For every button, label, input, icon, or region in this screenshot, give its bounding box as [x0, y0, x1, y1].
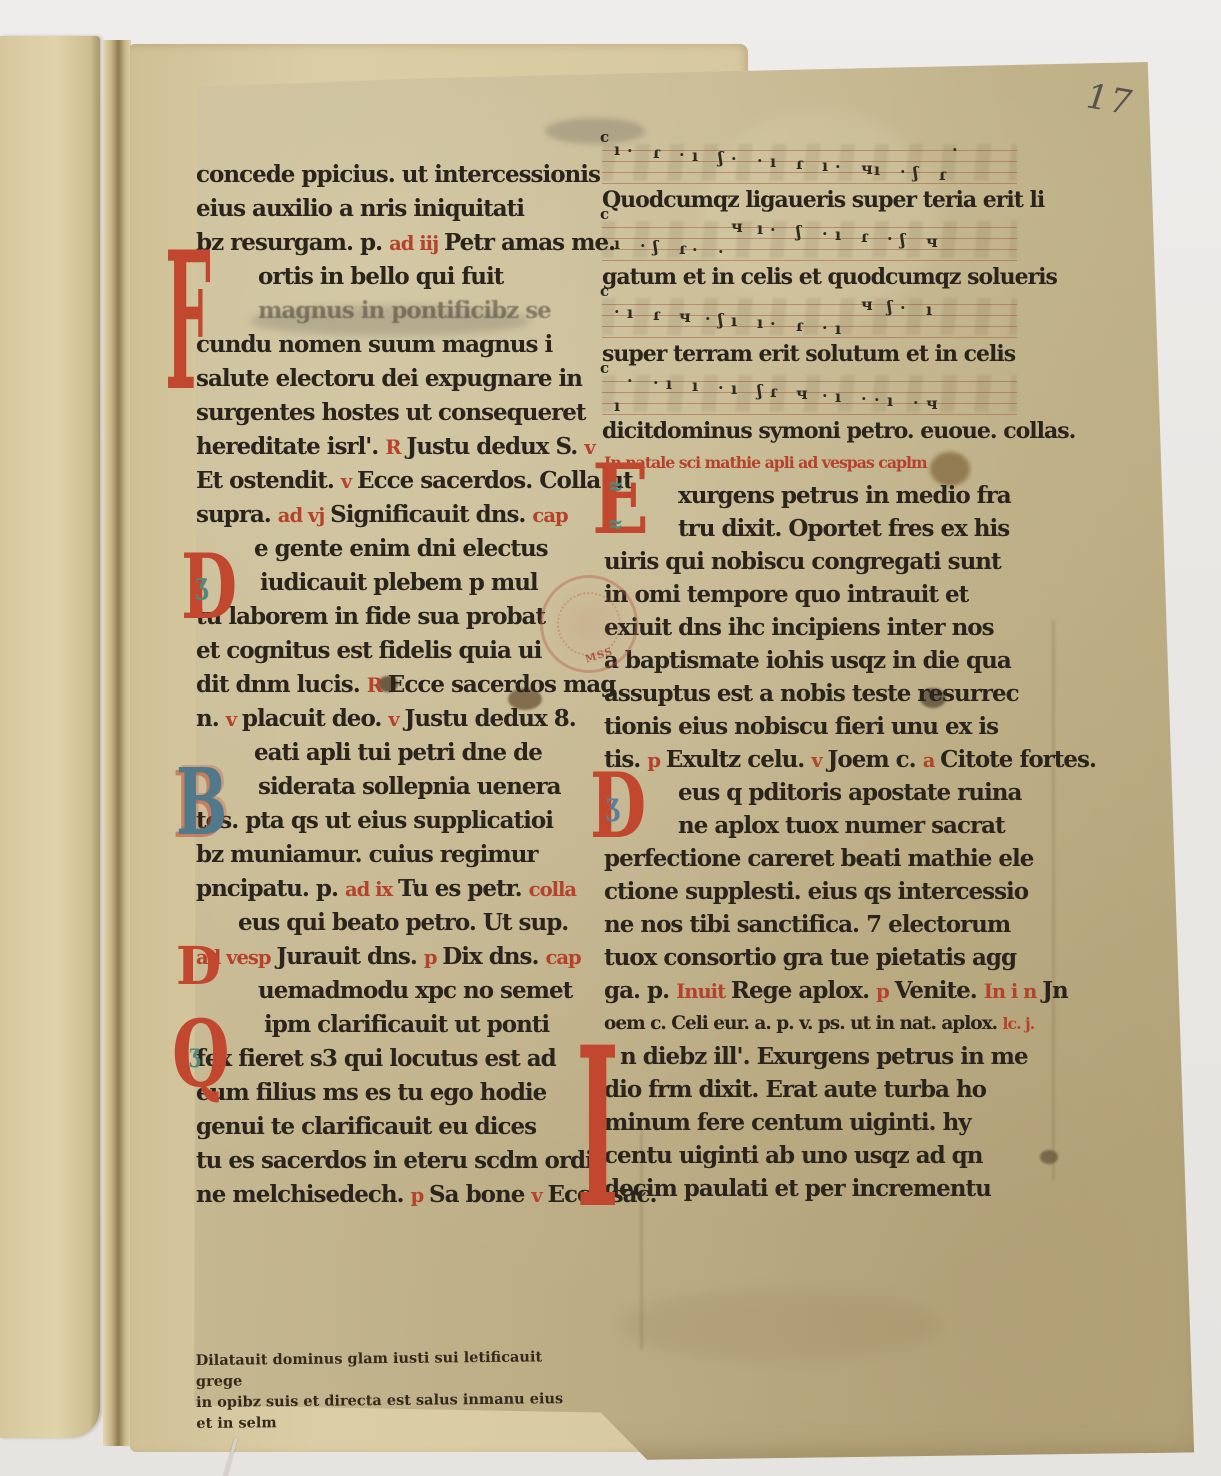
music-notation-block: cı· ɾ ·ı ʃ· ·ı ɾ ı· чı ·ʃ ɾ·Quodcumqz li… [602, 140, 1017, 448]
text-line: eati apli tui petri dne de [196, 736, 568, 770]
left-text-column: concede ppicius. ut intercessioniseius a… [196, 158, 568, 1212]
music-staff: cı· ·ı ı ·ı ʃɾ ч ·ı ··ı ·ч [602, 371, 1017, 416]
c-clef: c [600, 359, 609, 377]
neume-glyph: ʃ [796, 209, 809, 254]
neume-glyph: ı [822, 143, 835, 188]
ink-text: decim paulati et per incrementu [604, 1175, 991, 1202]
text-line: tu es sacerdos in eteru scdm ordi [196, 1144, 568, 1178]
neume-glyph: · [822, 373, 835, 418]
ink-text: tu laborem in fide sua probat [196, 603, 545, 630]
music-staff: cı· ɾ ·ı ʃ· ·ı ɾ ı· чı ·ʃ ɾ· [602, 140, 1017, 185]
text-line: eius auxilio a nris iniquitati [196, 192, 568, 226]
neume-glyph: · [874, 377, 887, 422]
text-line: Et ostendit. v Ecce sacerdos. Colla ut [196, 464, 568, 498]
initial-flourish: ʒ [195, 573, 207, 597]
illuminated-initial-I: I [576, 1040, 619, 1216]
neume-glyph: ı [731, 298, 744, 343]
neume-glyph: ʃ [718, 297, 731, 342]
neume-glyph: · [822, 305, 835, 350]
text-line: uemadmodu xpc no semet [196, 974, 568, 1008]
ink-text: tu es sacerdos in eteru scdm ordi [196, 1147, 593, 1174]
text-line: in omi tempore quo intrauit et [604, 578, 1014, 611]
ink-text: dicitdominus symoni petro. euoue. collas… [602, 418, 1075, 444]
ink-text: Dix dns. [442, 943, 545, 970]
text-line: dio frm dixit. Erat aute turba ho [604, 1073, 1014, 1106]
neume-glyph: ı [666, 361, 679, 406]
neume-glyph: ʃ [653, 224, 666, 269]
neume-glyph: ı [835, 212, 848, 257]
illuminated-initial-E: E ≈ ≈ [592, 462, 649, 539]
music-staff: c·ı ɾ ч ·ʃı ı· ɾ ·ı ч ʃ· ı [602, 294, 1017, 339]
rubric-text: v [388, 708, 404, 731]
ink-text: tionis eius nobiscu fieri unu ex is [604, 713, 998, 740]
initial-letter: Q [172, 1000, 230, 1108]
neume-glyph: ч [926, 381, 939, 426]
neume-glyph: ч [731, 204, 744, 249]
neume-glyph: · [718, 229, 731, 274]
ink-text: magnus in pontificibz se [258, 297, 551, 324]
ink-text: Citote fortes. [940, 746, 1096, 773]
ink-text: et cognitus est fidelis quia ui [196, 637, 541, 664]
text-line: tis. p Exultz celu. v Joem c. a Citote f… [604, 743, 1014, 776]
text-line: tuox consortio gra tue pietatis agg [604, 941, 1014, 974]
neume-glyph: · [614, 289, 627, 334]
parchment-crease [1052, 620, 1055, 1180]
text-line: tionis eius nobiscu fieri unu ex is [604, 710, 1014, 743]
ink-text: perfectione careret beati mathie ele [604, 845, 1033, 872]
text-line: n. v placuit deo. v Justu dedux 8. [196, 702, 568, 736]
ink-text: Quodcumqz ligaueris super teria erit li [602, 187, 1044, 213]
neume-glyph: ı [887, 378, 900, 423]
ink-text: ne melchisedech. [196, 1181, 411, 1208]
neume-glyph: · [861, 376, 874, 421]
ink-text: concede ppicius. ut intercessionis [196, 161, 600, 188]
ink-text: Et ostendit. [196, 467, 341, 494]
ink-text: genui te clarificauit eu dices [196, 1113, 536, 1140]
right-text-column: In natale sci mathie apli ad vespas capl… [604, 446, 1014, 1205]
neume-glyph: ı [757, 300, 770, 345]
neume-glyph: ɾ [796, 303, 809, 348]
ink-text: Exultz celu. [666, 746, 812, 773]
neume-glyph: ı [614, 383, 627, 428]
illuminated-initial-D: D ʒ [590, 770, 646, 842]
neume-glyph: ı [731, 366, 744, 411]
initial-flourish: ʒ [606, 792, 619, 818]
ink-text: Rege aplox. [731, 977, 876, 1004]
ink-text: siderata sollepnia uenera [258, 773, 561, 800]
initial-flourish: ʒ [189, 1044, 200, 1065]
ink-text: pncipatu. p. [196, 875, 345, 902]
ink-text: tru dixit. Oportet fres ex his [678, 515, 1009, 542]
ink-text: Jn [1042, 977, 1068, 1004]
neume-glyph: · [718, 365, 731, 410]
neume-glyph: · [835, 144, 848, 189]
neume-glyph: ч [861, 282, 874, 327]
rubric-text: p [876, 980, 894, 1003]
ink-text: uemadmodu xpc no semet [258, 977, 572, 1004]
text-line: exiuit dns ihc incipiens inter nos [604, 611, 1014, 644]
text-line: assuptus est a nobis teste resurrec [604, 677, 1014, 710]
neume-glyph: ı [835, 374, 848, 419]
initial-letter: D [181, 534, 237, 640]
neume-glyph: · [952, 127, 965, 172]
neume-glyph: ч [796, 371, 809, 416]
rubric-text: p [647, 749, 665, 772]
rubric-text: p [424, 946, 442, 969]
neume-glyph: ı [770, 139, 783, 184]
text-line: eus q pditoris apostate ruina [604, 776, 1014, 809]
illuminated-initial-D: D ʒ [181, 551, 237, 623]
c-clef: c [600, 128, 609, 146]
illuminated-initial-Q: Q ʒ [172, 1018, 230, 1092]
neume-glyph: · [913, 380, 926, 425]
ink-text: ctione supplesti. eius qs intercessio [604, 878, 1028, 905]
ink-text: Venite. [895, 977, 984, 1004]
ink-text: hereditate isrl'. [196, 433, 385, 460]
neume-glyph: · [770, 207, 783, 252]
text-line: iudicauit plebem p mul [196, 566, 568, 600]
ink-text: tes. pta qs ut eius supplicatioi [196, 807, 553, 834]
neume-glyph: ʃ [900, 217, 913, 262]
ink-text: Sa bone [429, 1181, 531, 1208]
text-line: eus qui beato petro. Ut sup. [196, 906, 568, 940]
stain [620, 1290, 940, 1360]
ink-text: surgentes hostes ut consequeret [196, 399, 585, 426]
ink-text: gatum et in celis et quodcumqz solueris [602, 264, 1057, 290]
rubric-text: R [367, 674, 388, 697]
ink-text: ne aplox tuox numer sacrat [678, 812, 1005, 839]
text-line: fex fieret s3 qui locutus est ad [196, 1042, 568, 1076]
text-line: ortis in bello qui fuit [196, 260, 568, 294]
text-line: centu uiginti ab uno usqz ad qn [604, 1139, 1014, 1172]
initial-flourish: ≈ [608, 476, 624, 495]
ink-text: ortis in bello qui fuit [258, 263, 503, 290]
ink-text: minum fere centum uiginti. hy [604, 1109, 971, 1136]
rubric-text: Inuit [676, 980, 731, 1003]
neume-glyph: · [887, 216, 900, 261]
ink-text: Justu dedux 8. [405, 705, 576, 732]
text-line: ne aplox tuox numer sacrat [604, 809, 1014, 842]
neume-glyph: · [679, 132, 692, 177]
c-clef: c [600, 205, 609, 223]
margin-note-line: in opibz suis et directa est salus inman… [196, 1388, 581, 1434]
initial-letter: B [176, 748, 227, 856]
ink-text: Justu dedux S. [406, 433, 584, 460]
text-line: cundu nomen suum magnus i [196, 328, 568, 362]
neume-glyph: ı [926, 287, 939, 332]
rubric-text: In i n [984, 980, 1042, 1003]
rubric-text: v [341, 470, 357, 493]
text-line: dit dnm lucis. R Ecce sacerdos mag [196, 668, 568, 702]
neume-glyph: · [653, 360, 666, 405]
rubric-text: cap [532, 504, 567, 527]
text-line: ne melchisedech. p Sa bone v Ecce sac. [196, 1178, 568, 1212]
text-line: xurgens petrus in medio fra [604, 479, 1014, 512]
text-line: bz resurgam. p. ad iij Petr amas me. [196, 226, 568, 260]
rubric-text: p [411, 1184, 429, 1207]
neume-glyph: ɾ [653, 130, 666, 175]
text-line: ne nos tibi sanctifica. 7 electorum [604, 908, 1014, 941]
ink-text: n. [196, 705, 226, 732]
ink-text: in omi tempore quo intrauit et [604, 581, 968, 608]
rubric-text: lc. j. [1003, 1014, 1035, 1033]
text-line: tes. pta qs ut eius supplicatioi [196, 804, 568, 838]
text-line: pncipatu. p. ad ix Tu es petr. colla [196, 872, 568, 906]
ink-text: Jurauit dns. [276, 943, 423, 970]
neume-glyph: ɾ [653, 292, 666, 337]
neume-glyph: ʃ [757, 368, 770, 413]
text-line: oem c. Celi eur. a. p. v. ps. ut in nat.… [604, 1007, 1014, 1040]
neume-glyph: ʃ [887, 284, 900, 329]
neume-glyph: · [731, 136, 744, 181]
illuminated-initial-F: F [165, 246, 211, 398]
text-line: genui te clarificauit eu dices [196, 1110, 568, 1144]
text-line: e gente enim dni electus [196, 532, 568, 566]
text-line: hereditate isrl'. R Justu dedux S. v [196, 430, 568, 464]
neume-glyph: · [770, 301, 783, 346]
rubric-text: v [811, 749, 827, 772]
ink-text: tuox consortio gra tue pietatis agg [604, 944, 1016, 971]
ink-text: oem c. Celi eur. a. p. v. ps. ut in nat.… [604, 1013, 1003, 1034]
ink-text: a baptismate iohis usqz in die qua [604, 647, 1011, 674]
text-line: et cognitus est fidelis quia ui [196, 634, 568, 668]
neume-glyph: · [900, 149, 913, 194]
ink-text: centu uiginti ab uno usqz ad qn [604, 1142, 983, 1169]
rubric-text: In natale sci mathie apli ad vespas capl… [604, 453, 927, 472]
text-line: salute electoru dei expugnare in [196, 362, 568, 396]
initial-letter: I [576, 998, 619, 1257]
neume-glyph: ɾ [861, 214, 874, 259]
text-line: decim paulati et per incrementu [604, 1172, 1014, 1205]
ink-text: supra. [196, 501, 278, 528]
ink-text: bz resurgam. p. [196, 229, 389, 256]
neume-glyph: ı [692, 133, 705, 178]
margin-note-line: Dilatauit dominus glam iusti sui letific… [196, 1346, 581, 1392]
neume-glyph: ɾ [796, 141, 809, 186]
ink-text: eati apli tui petri dne de [254, 739, 542, 766]
neume-glyph: · [640, 223, 653, 268]
neume-glyph: ı [614, 221, 627, 266]
neume-glyph: ч [926, 219, 939, 264]
ink-text: uiris qui nobiscu congregati sunt [604, 548, 1001, 575]
text-line: ipm clarificauit ut ponti [196, 1008, 568, 1042]
neume-glyph: · [705, 296, 718, 341]
ink-text: fex fieret s3 qui locutus est ad [196, 1045, 556, 1072]
ink-text: cundu nomen suum magnus i [196, 331, 552, 358]
neume-glyph: ч [679, 294, 692, 339]
neume-glyph: ı [874, 147, 887, 192]
rubric-text: ad vj [278, 504, 330, 527]
neume-glyph: · [900, 285, 913, 330]
text-line: uiris qui nobiscu congregati sunt [604, 545, 1014, 578]
illuminated-initial-D: D [176, 946, 221, 988]
rubric-text: v [531, 1184, 547, 1207]
text-line: siderata sollepnia uenera [196, 770, 568, 804]
initial-flourish: ≈ [608, 514, 624, 533]
ink-text: dio frm dixit. Erat aute turba ho [604, 1076, 986, 1103]
neume-glyph: ʃ [913, 150, 926, 195]
text-line: tu laborem in fide sua probat [196, 600, 568, 634]
neume-glyph: · [627, 128, 640, 173]
manuscript-photo: 17 cı· ɾ ·ı ʃ· ·ı ɾ ı· чı ·ʃ ɾ·Quodcumqz… [0, 0, 1221, 1476]
ink-text: n diebz ill'. Exurgens petrus in me [620, 1043, 1028, 1070]
neume-glyph: · [627, 358, 640, 403]
ink-text: eus qui beato petro. Ut sup. [238, 909, 568, 936]
rubric-text: a [923, 749, 940, 772]
illuminated-initial-B: B [176, 766, 227, 840]
ink-text: ne nos tibi sanctifica. 7 electorum [604, 911, 1010, 938]
text-line: n diebz ill'. Exurgens petrus in me [604, 1040, 1014, 1073]
text-line: Quodcumqz ligaueris super teria erit li [602, 185, 1017, 217]
ink-text: salute electoru dei expugnare in [196, 365, 582, 392]
text-line: supra. ad vj Significauit dns. cap [196, 498, 568, 532]
neume-glyph: ı [692, 363, 705, 408]
ink-text: iudicauit plebem p mul [260, 569, 538, 596]
neume-glyph: ı [835, 306, 848, 351]
text-line: perfectione careret beati mathie ele [604, 842, 1014, 875]
ink-text: Tu es petr. [398, 875, 529, 902]
ink-text: eius auxilio a nris iniquitati [196, 195, 524, 222]
neume-glyph: · [692, 227, 705, 272]
ink-text: Ecce sacerdos mag [388, 671, 616, 698]
text-line: a baptismate iohis usqz in die qua [604, 644, 1014, 677]
ink-text: assuptus est a nobis teste resurrec [604, 680, 1019, 707]
ink-text: e gente enim dni electus [254, 535, 548, 562]
flyleaf-page-edge [0, 36, 100, 1438]
initial-letter: D [176, 936, 221, 997]
neume-glyph: ı [614, 127, 627, 172]
text-line: bz muniamur. cuius regimur [196, 838, 568, 872]
neume-glyph: ʃ [718, 135, 731, 180]
text-line: tru dixit. Oportet fres ex his [604, 512, 1014, 545]
ink-text: ipm clarificauit ut ponti [264, 1011, 549, 1038]
text-line: dicitdominus symoni petro. euoue. collas… [602, 416, 1017, 448]
rubric-text: ad ix [345, 878, 398, 901]
stamp-text: MSS [584, 646, 614, 665]
neume-glyph: ı [757, 206, 770, 251]
initial-letter: F [165, 210, 211, 433]
book-gutter [103, 40, 131, 1446]
neume-glyph: ɾ [679, 226, 692, 271]
text-line: magnus in pontificibz se [196, 294, 568, 328]
text-line: minum fere centum uiginti. hy [604, 1106, 1014, 1139]
ink-text: exiuit dns ihc incipiens inter nos [604, 614, 994, 641]
ink-text: eum filius ms es tu ego hodie [196, 1079, 546, 1106]
neume-glyph: ı [627, 290, 640, 335]
text-line: ga. p. Inuit Rege aplox. p Venite. In i … [604, 974, 1014, 1007]
neume-glyph: ɾ [770, 369, 783, 414]
ink-text: eus q pditoris apostate ruina [678, 779, 1021, 806]
rubric-text: v [226, 708, 242, 731]
rubric-text: ad iij [389, 232, 444, 255]
neume-glyph: ч [861, 146, 874, 191]
ink-text: dit dnm lucis. [196, 671, 367, 698]
text-line: In natale sci mathie apli ad vespas capl… [604, 446, 1014, 479]
rubric-text: R [385, 436, 406, 459]
text-line: ctione supplesti. eius qs intercessio [604, 875, 1014, 908]
text-line: ad vesp Jurauit dns. p Dix dns. cap [196, 940, 568, 974]
ink-text: Significauit dns. [330, 501, 532, 528]
margin-annotation: Dilatauit dominus glam iusti sui letific… [196, 1346, 582, 1434]
neume-glyph: ɾ [939, 152, 952, 197]
ink-text: xurgens petrus in medio fra [678, 482, 1011, 509]
rubric-text: colla [529, 878, 576, 901]
text-line: surgentes hostes ut consequeret [196, 396, 568, 430]
text-line: eum filius ms es tu ego hodie [196, 1076, 568, 1110]
neume-glyph: · [757, 138, 770, 183]
music-staff: cı ·ʃ ɾ· ·ч ı· ʃ ·ı ɾ ·ʃ ч [602, 217, 1017, 262]
c-clef: c [600, 282, 609, 300]
ink-text: placuit deo. [242, 705, 388, 732]
ink-text: Petr amas me. [444, 229, 615, 256]
neume-glyph: · [822, 211, 835, 256]
ink-text: bz muniamur. cuius regimur [196, 841, 538, 868]
ink-text: Joem c. [827, 746, 922, 773]
stain [1040, 1150, 1058, 1164]
text-line: concede ppicius. ut intercessionis [196, 158, 568, 192]
rubric-text: cap [545, 946, 580, 969]
